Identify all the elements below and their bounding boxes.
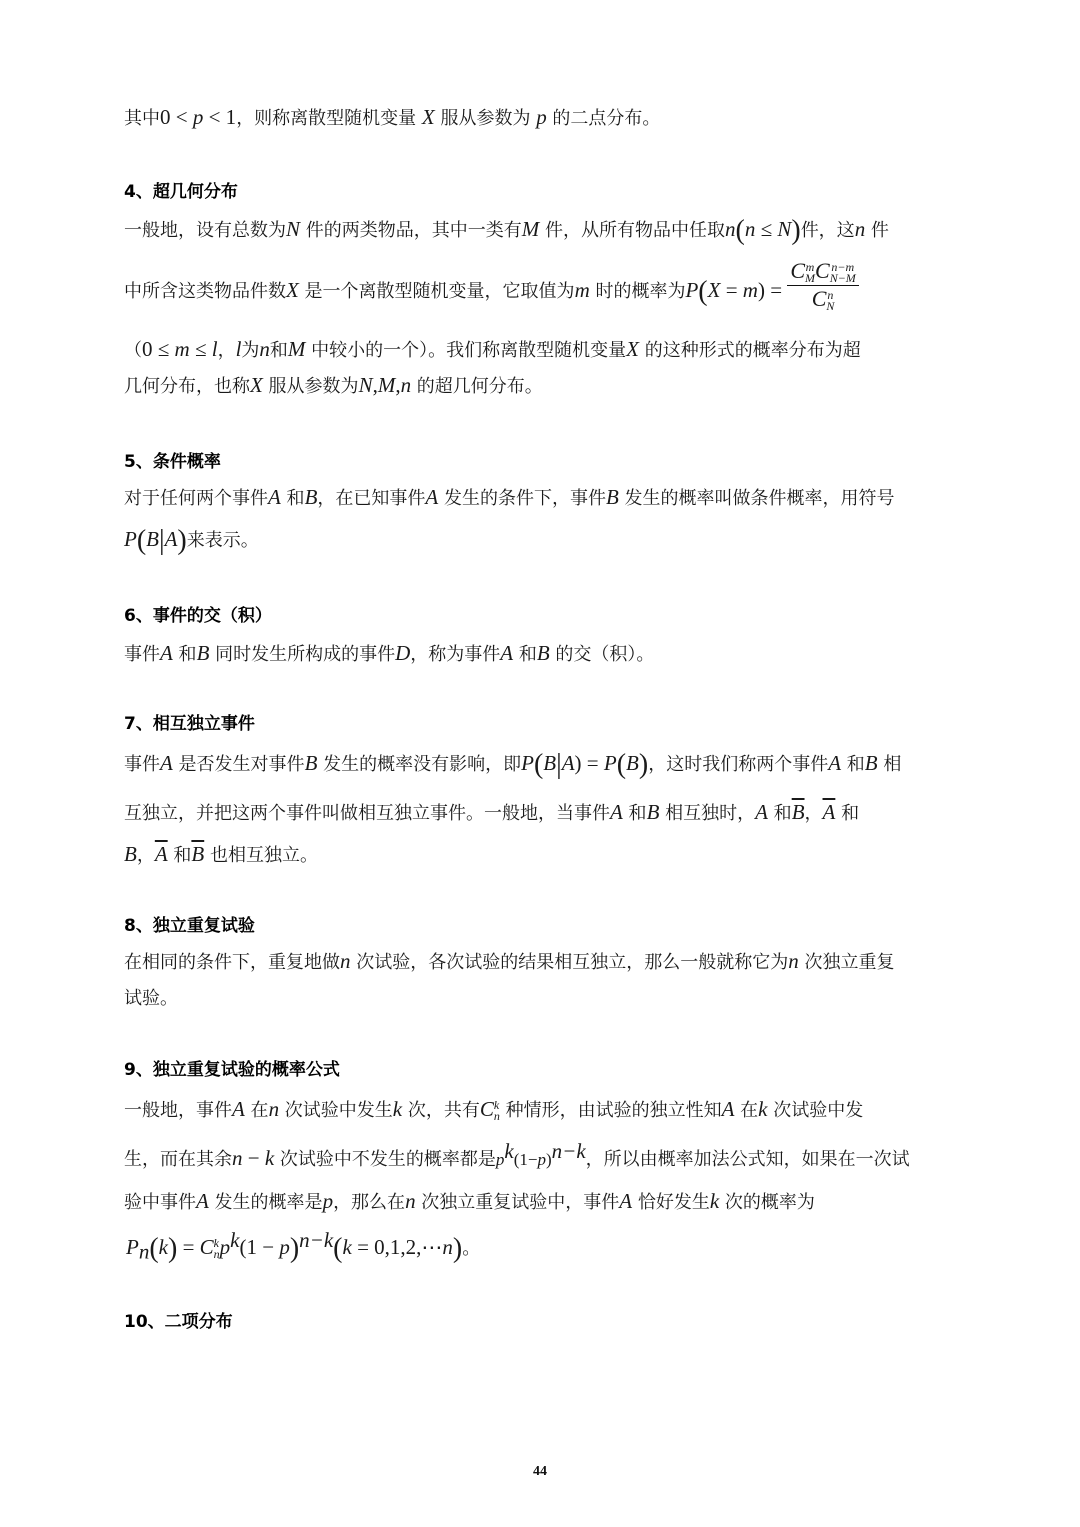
subscript: N−M xyxy=(830,273,856,284)
math-var: p xyxy=(279,1235,290,1259)
math-var: n xyxy=(442,1235,453,1259)
text: ，则称离散型随机变量 xyxy=(236,108,422,129)
text: 的这种形式的概率分布为超 xyxy=(639,340,861,361)
text: 时的概率为 xyxy=(590,281,686,302)
intersection-line-1: 事件A 和B 同时发生所构成的事件D，称为事件A 和B 的交（积）。 xyxy=(124,640,654,668)
text: 服从参数为 xyxy=(263,376,359,397)
math-var: B xyxy=(537,641,550,665)
math-var-complement: A xyxy=(155,842,168,866)
math-var: n xyxy=(725,217,736,241)
math-var: X xyxy=(708,278,721,302)
math-var: B xyxy=(305,751,318,775)
text: 。 xyxy=(462,1238,480,1259)
text: 和 xyxy=(835,803,859,824)
math-var: A xyxy=(610,800,623,824)
text: 相 xyxy=(878,754,902,775)
text: 一般地，事件 xyxy=(124,1100,232,1121)
math-var: N xyxy=(286,217,300,241)
text: 次，共有 xyxy=(402,1100,480,1121)
math-var: A xyxy=(619,1189,632,1213)
paren: ) xyxy=(168,1233,177,1264)
paren: ) xyxy=(639,749,648,780)
math: (1 − xyxy=(240,1235,280,1259)
text: 次独立重复试验中，事件 xyxy=(416,1192,620,1213)
math-var: C xyxy=(480,1097,494,1121)
text: 的二点分布。 xyxy=(547,108,661,129)
super-sub: mM xyxy=(805,262,815,284)
hypergeometric-line-3: （0 ≤ m ≤ l，l为n和M 中较小的一个）。我们称离散型随机变量X 的这种… xyxy=(124,336,861,364)
repeated-trials-line-2: 试验。 xyxy=(124,986,178,1012)
text: 发生的概率没有影响，即 xyxy=(317,754,521,775)
math-var: n xyxy=(401,373,412,397)
math-var: k xyxy=(159,1235,168,1259)
text: 生，而在其余 xyxy=(124,1149,232,1170)
text: ，在已知事件 xyxy=(317,488,425,509)
math-var: A xyxy=(562,751,575,775)
math-var: n xyxy=(855,217,866,241)
math-var: C xyxy=(815,258,830,283)
text: 对于任何两个事件 xyxy=(124,488,268,509)
subscript: M xyxy=(805,273,815,284)
section-heading-repeated-trials-formula: 9、独立重复试验的概率公式 xyxy=(124,1058,340,1082)
paren: ( xyxy=(137,525,146,556)
math-var: M xyxy=(522,217,540,241)
math-var: A xyxy=(160,641,173,665)
text: 在 xyxy=(245,1100,269,1121)
math-var: n xyxy=(269,1097,280,1121)
math: ) = xyxy=(758,278,787,302)
text: 一般地，设有总数为 xyxy=(124,220,286,241)
superscript: k xyxy=(230,1228,239,1252)
text: 和 xyxy=(623,803,647,824)
section-heading-intersection: 6、事件的交（积） xyxy=(124,604,272,628)
math-var: m xyxy=(575,278,590,302)
math-var-complement: A xyxy=(823,800,836,824)
text: 来表示。 xyxy=(187,530,259,551)
math-var: B xyxy=(606,485,619,509)
math-var: k xyxy=(393,1097,402,1121)
math-var: p xyxy=(537,1150,546,1169)
math-var: X xyxy=(422,105,435,129)
math-var: A xyxy=(500,641,513,665)
math-var: A xyxy=(160,751,173,775)
text: 服从参数为 xyxy=(435,108,536,129)
math-var: M xyxy=(288,337,306,361)
text: 和 xyxy=(513,644,537,665)
paren: ) xyxy=(791,215,800,246)
text: 和 xyxy=(270,340,288,361)
math: ≤ xyxy=(190,337,212,361)
section-heading-independent-events: 7、相互独立事件 xyxy=(124,712,255,736)
math-var: P xyxy=(685,278,698,302)
math-var: k xyxy=(710,1189,719,1213)
hypergeometric-line-1: 一般地，设有总数为N 件的两类物品，其中一类有M 件，从所有物品中任取n(n ≤… xyxy=(124,216,889,244)
math-var: X xyxy=(250,373,263,397)
text: 验中事件 xyxy=(124,1192,196,1213)
paren: ( xyxy=(617,749,626,780)
text: 次独立重复 xyxy=(799,952,895,973)
math-var: A xyxy=(755,800,768,824)
math: (1− xyxy=(514,1150,538,1169)
text: 的超几何分布。 xyxy=(411,376,543,397)
section-heading-conditional-probability: 5、条件概率 xyxy=(124,450,221,474)
paren: ( xyxy=(735,215,744,246)
text: 件的两类物品，其中一类有 xyxy=(300,220,522,241)
text: 是否发生对事件 xyxy=(173,754,305,775)
math: 0 ≤ xyxy=(142,337,175,361)
text: 次试验中不发生的概率都是 xyxy=(274,1149,496,1170)
independent-events-line-3: B，A 和B 也相互独立。 xyxy=(124,841,318,869)
text: 种情形，由试验的独立性知 xyxy=(500,1100,722,1121)
math: = xyxy=(720,278,742,302)
hypergeometric-fraction: CmMCn−mN−M CnN xyxy=(787,258,858,312)
text: 和 xyxy=(281,488,305,509)
section-heading-binomial: 10、二项分布 xyxy=(124,1310,233,1334)
math-var: P xyxy=(521,751,534,775)
text: ，称为事件 xyxy=(410,644,500,665)
math-var: N xyxy=(777,217,791,241)
text: 和 xyxy=(168,845,192,866)
math: 0 < xyxy=(160,105,193,129)
superscript: n−k xyxy=(299,1228,333,1252)
math-var: B xyxy=(865,751,878,775)
hypergeometric-line-2: 中所含这类物品件数X 是一个离散型随机变量，它取值为m 时的概率为P(X = m… xyxy=(124,272,859,312)
math-var: P xyxy=(604,751,617,775)
text: 中所含这类物品件数 xyxy=(124,281,286,302)
text: 同时发生所构成的事件 xyxy=(209,644,395,665)
text: 事件 xyxy=(124,754,160,775)
independent-events-line-1: 事件A 是否发生对事件B 发生的概率没有影响，即P(B|A) = P(B)，这时… xyxy=(124,750,901,778)
paren: ) xyxy=(177,525,186,556)
math: = xyxy=(177,1235,199,1259)
math-var: A xyxy=(232,1097,245,1121)
math-var: k xyxy=(265,1146,274,1170)
text: ，所以由概率加法公式知，如果在一次试 xyxy=(586,1149,910,1170)
text: 发生的条件下，事件 xyxy=(438,488,606,509)
independent-events-line-2: 互独立，并把这两个事件叫做相互独立事件。一般地，当事件A 和B 相互独时，A 和… xyxy=(124,799,859,827)
math-var-complement: B xyxy=(792,800,805,824)
math-var: n xyxy=(788,949,799,973)
two-point-distribution-tail: 其中0 < p < 1，则称离散型随机变量 X 服从参数为 p 的二点分布。 xyxy=(124,104,660,132)
text: 次试验，各次试验的结果相互独立，那么一般就称它为 xyxy=(351,952,789,973)
text: 次的概率为 xyxy=(719,1192,815,1213)
text: ， xyxy=(218,340,236,361)
paren: ( xyxy=(333,1233,342,1264)
text: 次试验中发 xyxy=(768,1100,864,1121)
text: 在相同的条件下，重复地做 xyxy=(124,952,340,973)
math-var: C xyxy=(812,286,827,311)
math-var: P xyxy=(126,1235,139,1259)
repeated-trials-formula-line-1: 一般地，事件A 在n 次试验中发生k 次，共有Ckn 种情形，由试验的独立性知A… xyxy=(124,1096,863,1124)
text: 为 xyxy=(241,340,259,361)
math-var: P xyxy=(124,527,137,551)
super-sub: nN xyxy=(826,290,834,312)
subscript: N xyxy=(826,301,834,312)
math-var: B xyxy=(626,751,639,775)
math-var: n xyxy=(405,1189,416,1213)
text: ， xyxy=(137,845,155,866)
math-var: M xyxy=(378,373,396,397)
binomial-probability-formula: Pn(k) = Cknpk(1 − p)n−k(k = 0,1,2,⋯n)。 xyxy=(126,1234,480,1262)
math-var: n xyxy=(232,1146,243,1170)
text: ，那么在 xyxy=(333,1192,405,1213)
math-var: C xyxy=(200,1235,214,1259)
repeated-trials-formula-line-2: 生，而在其余n − k 次试验中不发生的概率都是pk(1−p)n−k，所以由概率… xyxy=(124,1145,910,1173)
math: = 0,1,2,⋯ xyxy=(352,1235,443,1259)
math-var: n xyxy=(340,949,351,973)
hypergeometric-line-4: 几何分布，也称X 服从参数为N,M,n 的超几何分布。 xyxy=(124,372,543,400)
math-var: A xyxy=(165,527,178,551)
math-var: p xyxy=(536,105,547,129)
math-var: A xyxy=(196,1189,209,1213)
math-var: m xyxy=(743,278,758,302)
page-number: 44 xyxy=(0,1464,1080,1480)
text: （ xyxy=(124,340,142,361)
conditional-probability-line-1: 对于任何两个事件A 和B，在已知事件A 发生的条件下，事件B 发生的概率叫做条件… xyxy=(124,484,895,512)
math-var: k xyxy=(758,1097,767,1121)
text: 件，从所有物品中任取 xyxy=(539,220,725,241)
math-var: m xyxy=(175,337,190,361)
text: 件，这 xyxy=(801,220,855,241)
text: ， xyxy=(805,803,823,824)
math-var-complement: B xyxy=(191,842,204,866)
super-sub: n−mN−M xyxy=(830,262,856,284)
math-var: B xyxy=(146,527,159,551)
text: 是一个离散型随机变量，它取值为 xyxy=(299,281,575,302)
superscript: k xyxy=(504,1139,513,1163)
math-var: D xyxy=(395,641,410,665)
text: 和 xyxy=(841,754,865,775)
subscript: n xyxy=(139,1240,150,1264)
math: ≤ xyxy=(755,217,777,241)
text: 相互独时， xyxy=(659,803,755,824)
text: 恰好发生 xyxy=(632,1192,710,1213)
text: 发生的概率叫做条件概率，用符号 xyxy=(619,488,895,509)
paren: ) xyxy=(453,1233,462,1264)
text: 事件 xyxy=(124,644,160,665)
text: 几何分布，也称 xyxy=(124,376,250,397)
text: ，这时我们称两个事件 xyxy=(648,754,828,775)
fraction-numerator: CmMCn−mN−M xyxy=(787,258,858,286)
math-var: p xyxy=(220,1235,231,1259)
math-var: B xyxy=(647,800,660,824)
math-var: A xyxy=(828,751,841,775)
math-var: A xyxy=(268,485,281,509)
text: 中较小的一个）。我们称离散型随机变量 xyxy=(305,340,626,361)
text: 其中 xyxy=(124,108,160,129)
math-var: p xyxy=(323,1189,334,1213)
text: 件 xyxy=(865,220,889,241)
text: 也相互独立。 xyxy=(204,845,318,866)
text: 互独立，并把这两个事件叫做相互独立事件。一般地，当事件 xyxy=(124,803,610,824)
math-var: N xyxy=(359,373,373,397)
math-var: n xyxy=(259,337,270,361)
math: < 1 xyxy=(203,105,236,129)
repeated-trials-formula-line-3: 验中事件A 发生的概率是p，那么在n 次独立重复试验中，事件A 恰好发生k 次的… xyxy=(124,1188,815,1216)
math: − xyxy=(243,1146,265,1170)
math-var: B xyxy=(197,641,210,665)
repeated-trials-line-1: 在相同的条件下，重复地做n 次试验，各次试验的结果相互独立，那么一般就称它为n … xyxy=(124,948,894,976)
math-var: B xyxy=(124,842,137,866)
math-var: X xyxy=(626,337,639,361)
section-heading-hypergeometric: 4、超几何分布 xyxy=(124,180,238,204)
text: 和 xyxy=(768,803,792,824)
text: 发生的概率是 xyxy=(209,1192,323,1213)
section-heading-repeated-trials: 8、独立重复试验 xyxy=(124,914,255,938)
math-var: B xyxy=(305,485,318,509)
math-var: A xyxy=(425,485,438,509)
paren: ( xyxy=(149,1233,158,1264)
math-var: p xyxy=(193,105,204,129)
math-var: n xyxy=(745,217,756,241)
text: 的交（积）。 xyxy=(550,644,655,665)
paren: ) xyxy=(290,1233,299,1264)
paren: ( xyxy=(698,276,707,307)
math-var: A xyxy=(722,1097,735,1121)
superscript: n−k xyxy=(552,1139,586,1163)
paren: ( xyxy=(534,749,543,780)
math-var: C xyxy=(790,258,805,283)
math-var: B xyxy=(543,751,556,775)
fraction-denominator: CnN xyxy=(787,286,858,312)
text: 和 xyxy=(173,644,197,665)
conditional-probability-line-2: P(B|A)来表示。 xyxy=(124,526,259,554)
math-var: X xyxy=(286,278,299,302)
text: 在 xyxy=(734,1100,758,1121)
math-var: k xyxy=(343,1235,352,1259)
text: 次试验中发生 xyxy=(279,1100,393,1121)
math: ) = xyxy=(575,751,604,775)
